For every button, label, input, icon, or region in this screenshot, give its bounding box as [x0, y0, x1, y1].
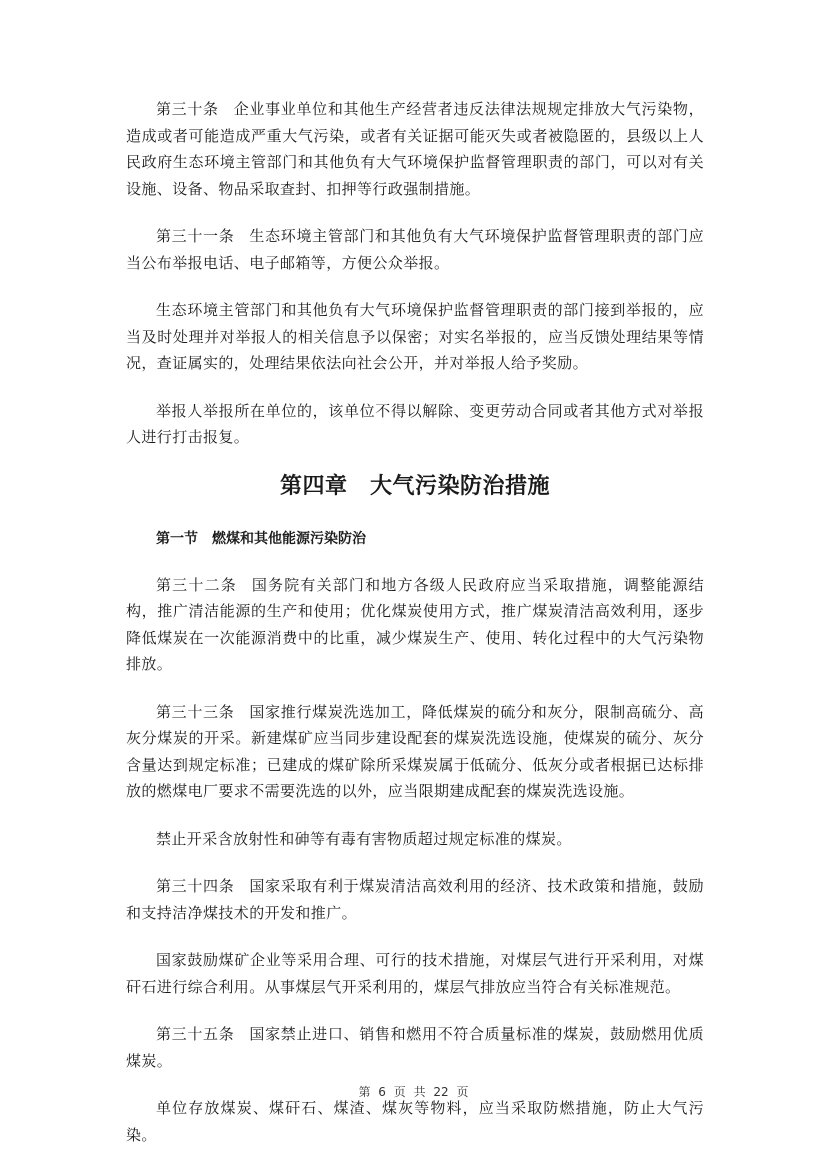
article-number: 第三十四条: [156, 877, 234, 895]
article-34-clause-2: 国家鼓励煤矿企业等采用合理、可行的技术措施，对煤层气进行开采利用，对煤矸石进行综…: [126, 947, 704, 1000]
article-number: 第三十二条: [156, 576, 237, 594]
total-pages-number: 22: [433, 1085, 448, 1099]
page-footer: 第 6 页 共 22 页: [0, 1083, 827, 1100]
article-34: 第三十四条国家采取有利于煤炭清洁高效利用的经济、技术政策和措施，鼓励和支持洁净煤…: [126, 873, 704, 926]
article-33: 第三十三条国家推行煤炭洗选加工，降低煤炭的硫分和灰分，限制高硫分、高灰分煤炭的开…: [126, 699, 704, 805]
document-page: 第三十条企业事业单位和其他生产经营者违反法律法规规定排放大气污染物，造成或者可能…: [126, 96, 704, 1169]
chapter-title: 第四章 大气污染防治措施: [126, 472, 704, 502]
article-text: 禁止开采含放射性和砷等有毒有害物质超过规定标准的煤炭。: [156, 830, 572, 848]
article-text: 举报人举报所在单位的，该单位不得以解除、变更劳动合同或者其他方式对举报人进行打击…: [126, 402, 704, 447]
article-31-clause-2: 生态环境主管部门和其他负有大气环境保护监督管理职责的部门接到举报的，应当及时处理…: [126, 297, 704, 377]
article-number: 第三十条: [156, 100, 219, 118]
article-31: 第三十一条生态环境主管部门和其他负有大气环境保护监督管理职责的部门应当公布举报电…: [126, 223, 704, 276]
article-31-clause-3: 举报人举报所在单位的，该单位不得以解除、变更劳动合同或者其他方式对举报人进行打击…: [126, 398, 704, 451]
article-33-clause-2: 禁止开采含放射性和砷等有毒有害物质超过规定标准的煤炭。: [126, 826, 704, 853]
article-30: 第三十条企业事业单位和其他生产经营者违反法律法规规定排放大气污染物，造成或者可能…: [126, 96, 704, 202]
article-number: 第三十一条: [156, 227, 234, 245]
article-35: 第三十五条国家禁止进口、销售和燃用不符合质量标准的煤炭，鼓励燃用优质煤炭。: [126, 1021, 704, 1074]
footer-prefix: 第: [358, 1085, 370, 1099]
article-text: 生态环境主管部门和其他负有大气环境保护监督管理职责的部门接到举报的，应当及时处理…: [126, 301, 704, 372]
article-35-clause-2: 单位存放煤炭、煤矸石、煤渣、煤灰等物料，应当采取防燃措施，防止大气污染。: [126, 1095, 704, 1148]
footer-suffix: 页: [457, 1085, 469, 1099]
article-text: 单位存放煤炭、煤矸石、煤渣、煤灰等物料，应当采取防燃措施，防止大气污染。: [126, 1099, 704, 1144]
footer-middle: 页 共: [394, 1085, 426, 1099]
article-32: 第三十二条国务院有关部门和地方各级人民政府应当采取措施，调整能源结构，推广清洁能…: [126, 572, 704, 678]
current-page-number: 6: [378, 1085, 386, 1099]
article-number: 第三十三条: [156, 703, 234, 721]
section-title: 第一节 燃煤和其他能源污染防治: [156, 528, 704, 550]
article-text: 国家鼓励煤矿企业等采用合理、可行的技术措施，对煤层气进行开采利用，对煤矸石进行综…: [126, 951, 704, 996]
article-number: 第三十五条: [156, 1025, 234, 1043]
